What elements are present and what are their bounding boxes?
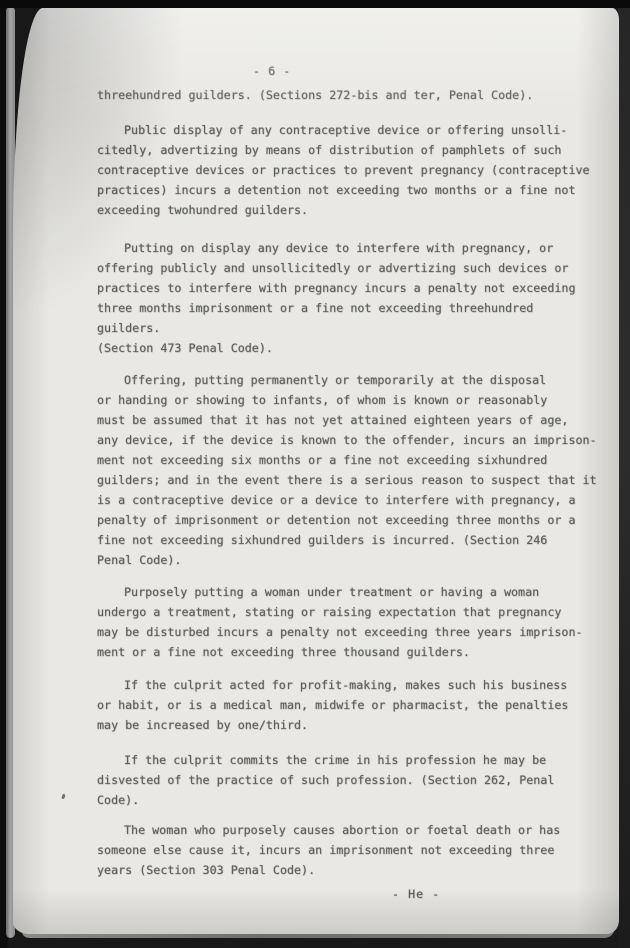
body-paragraph: If the culprit acted for profit-making, … [97, 675, 601, 735]
body-paragraph: Purposely putting a woman under treatmen… [97, 582, 601, 662]
body-paragraph: Offering, putting permanently or tempora… [97, 370, 601, 570]
scan-background-top [0, 0, 630, 8]
book-scan: - 6 - threehundred guilders. (Sections 2… [0, 0, 630, 948]
body-paragraph: Putting on display any device to interfe… [97, 238, 601, 358]
continuation-line: threehundred guilders. (Sections 272-bis… [97, 85, 601, 105]
scan-background-right [618, 0, 630, 948]
catchword: - He - [97, 884, 601, 904]
body-paragraph: If the culprit commits the crime in his … [97, 750, 601, 810]
document-page: - 6 - threehundred guilders. (Sections 2… [13, 8, 619, 934]
body-paragraph: Public display of any contraceptive devi… [97, 120, 601, 220]
body-paragraph: The woman who purposely causes abortion … [97, 820, 601, 880]
page-number: - 6 - [97, 61, 601, 81]
page-content: - 6 - threehundred guilders. (Sections 2… [13, 8, 619, 904]
